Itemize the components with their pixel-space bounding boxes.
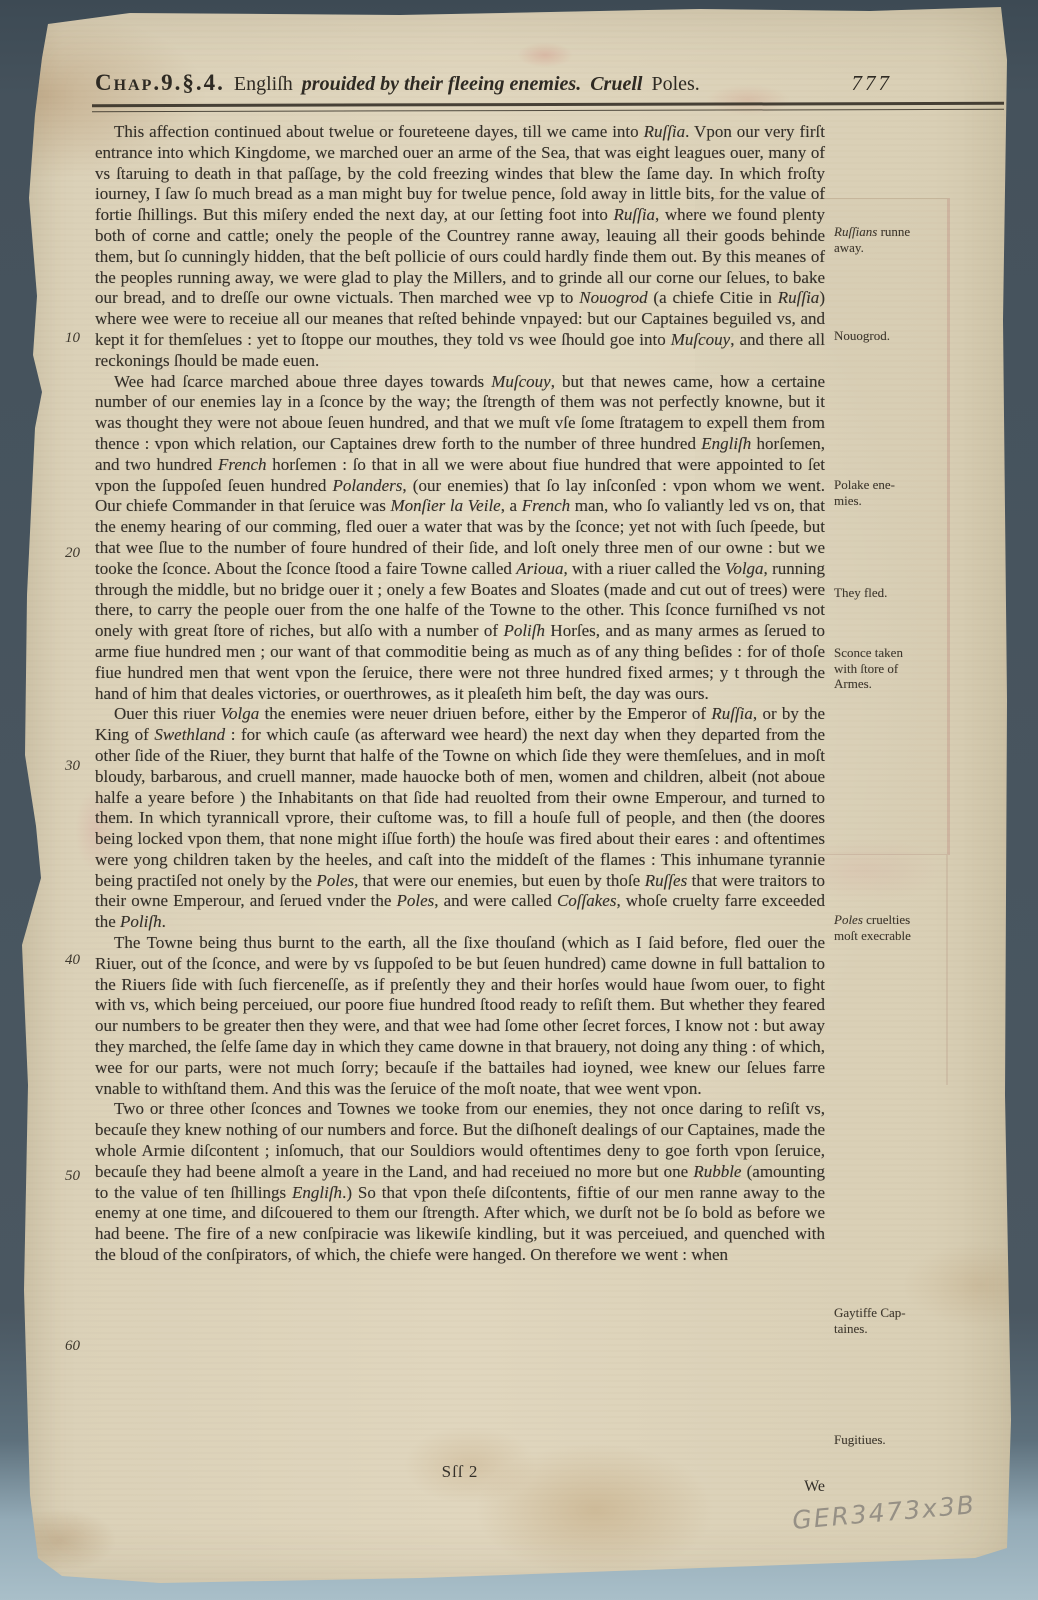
italic-text-run: Poliſh [503, 621, 545, 640]
italic-text-run: Ruſſia [711, 704, 753, 723]
italic-text-run: Poliſh [120, 912, 162, 931]
text-run: Nouogrod. [834, 328, 890, 343]
header-title-poles: Poles. [651, 73, 699, 96]
text-run: the enemies were neuer driuen before, ei… [259, 704, 711, 723]
text-run: , that were our enemies, but euen by tho… [354, 871, 645, 890]
scanned-book-page: Chap.9.§.4. Engliſh prouided by their fl… [0, 0, 1038, 1600]
text-run: moſt execrable [834, 928, 911, 943]
italic-text-run: Ruſſians [834, 224, 877, 239]
line-number: 20 [40, 545, 80, 562]
line-number: 50 [40, 1168, 80, 1185]
text-run: Sconce taken [834, 645, 903, 660]
paragraph: The Towne being thus burnt to the earth,… [95, 933, 825, 1099]
italic-text-run: Coſſakes [557, 891, 617, 910]
paragraph: This affection continued about twelue or… [95, 122, 825, 372]
italic-text-run: Engliſh [701, 434, 751, 453]
italic-text-run: Volga [221, 704, 260, 723]
italic-text-run: Rubble [693, 1162, 741, 1181]
italic-text-run: Muſcouy [491, 372, 550, 391]
paragraph: Two or three other ſconces and Townes we… [95, 1099, 825, 1265]
margin-note: Ruſſians runneaway. [834, 224, 952, 255]
body-text-column: This affection continued about twelue or… [95, 122, 825, 1467]
italic-text-run: French [218, 455, 266, 474]
italic-text-run: Ruſſia [778, 288, 820, 307]
italic-text-run: Poles [396, 891, 434, 910]
margin-note: They fled. [834, 585, 952, 601]
italic-text-run: Muſcouy [671, 330, 730, 349]
page-number: 777 [852, 71, 893, 96]
text-run: runne [877, 224, 910, 239]
italic-text-run: Nouogrod [579, 288, 647, 307]
margin-note: Polake ene-mies. [834, 477, 952, 508]
italic-text-run: Engliſh [292, 1183, 342, 1202]
line-number: 10 [40, 330, 80, 347]
header-title-cruell: Cruell [590, 73, 642, 96]
margin-note: Gaytiffe Cap-taines. [834, 1305, 952, 1336]
text-run: , a [501, 496, 522, 515]
margin-note: Fugitiues. [834, 1432, 952, 1448]
text-run: Wee had ſcarce marched aboue three dayes… [114, 372, 491, 391]
text-run: Polake ene- [834, 477, 895, 492]
text-run: with ſtore of [834, 661, 898, 676]
margin-note: Nouogrod. [834, 328, 952, 344]
text-run: Fugitiues. [834, 1432, 886, 1447]
text-run: , with a riuer called the [563, 559, 724, 578]
italic-text-run: Swethland [154, 725, 225, 744]
line-number: 30 [40, 758, 80, 775]
italic-text-run: French [522, 496, 570, 515]
margin-note: Sconce takenwith ſtore ofArmes. [834, 645, 952, 692]
italic-text-run: Poles [316, 871, 354, 890]
text-run: Gaytiffe Cap- [834, 1305, 906, 1320]
bleedthrough-line [946, 855, 948, 1085]
header-title-italic: prouided by their fleeing enemies. [302, 73, 581, 96]
italic-text-run: Volga [725, 559, 764, 578]
italic-text-run: Ruſſes [645, 871, 688, 890]
italic-text-run: Ruſſia [613, 205, 655, 224]
italic-text-run: Ruſſia [644, 122, 686, 141]
italic-text-run: Poles [834, 912, 863, 927]
text-run: They fled. [834, 585, 887, 600]
margin-note: Poles crueltiesmoſt execrable [834, 912, 952, 943]
text-run: taines. [834, 1321, 868, 1336]
text-run: Ouer this riuer [114, 704, 221, 723]
italic-text-run: Polanders [333, 476, 403, 495]
chapter-heading: Chap.9.§.4. [95, 70, 225, 96]
text-run: The Towne being thus burnt to the earth,… [95, 933, 825, 1098]
line-number: 60 [40, 1338, 80, 1355]
text-run: : for which cauſe (as afterward wee hear… [95, 725, 825, 890]
italic-text-run: Monſier la Veile [391, 496, 501, 515]
text-run: cruelties [863, 912, 910, 927]
italic-text-run: Arioua [516, 559, 563, 578]
text-run: Armes. [834, 676, 872, 691]
line-number: 40 [40, 952, 80, 969]
paragraph: Wee had ſcarce marched aboue three dayes… [95, 372, 825, 705]
text-run: away. [834, 240, 864, 255]
catchword: We [95, 1478, 825, 1496]
text-run: This affection continued about twelue or… [114, 122, 644, 141]
header-title-word: Engliſh [234, 73, 293, 96]
text-run: (a chiefe Citie in [648, 288, 778, 307]
text-run: , and were called [434, 891, 557, 910]
paragraph: Ouer this riuer Volga the enemies were n… [95, 704, 825, 933]
text-run: . [162, 912, 166, 931]
text-run: mies. [834, 493, 862, 508]
running-header: Chap.9.§.4. Engliſh prouided by their fl… [95, 70, 892, 96]
